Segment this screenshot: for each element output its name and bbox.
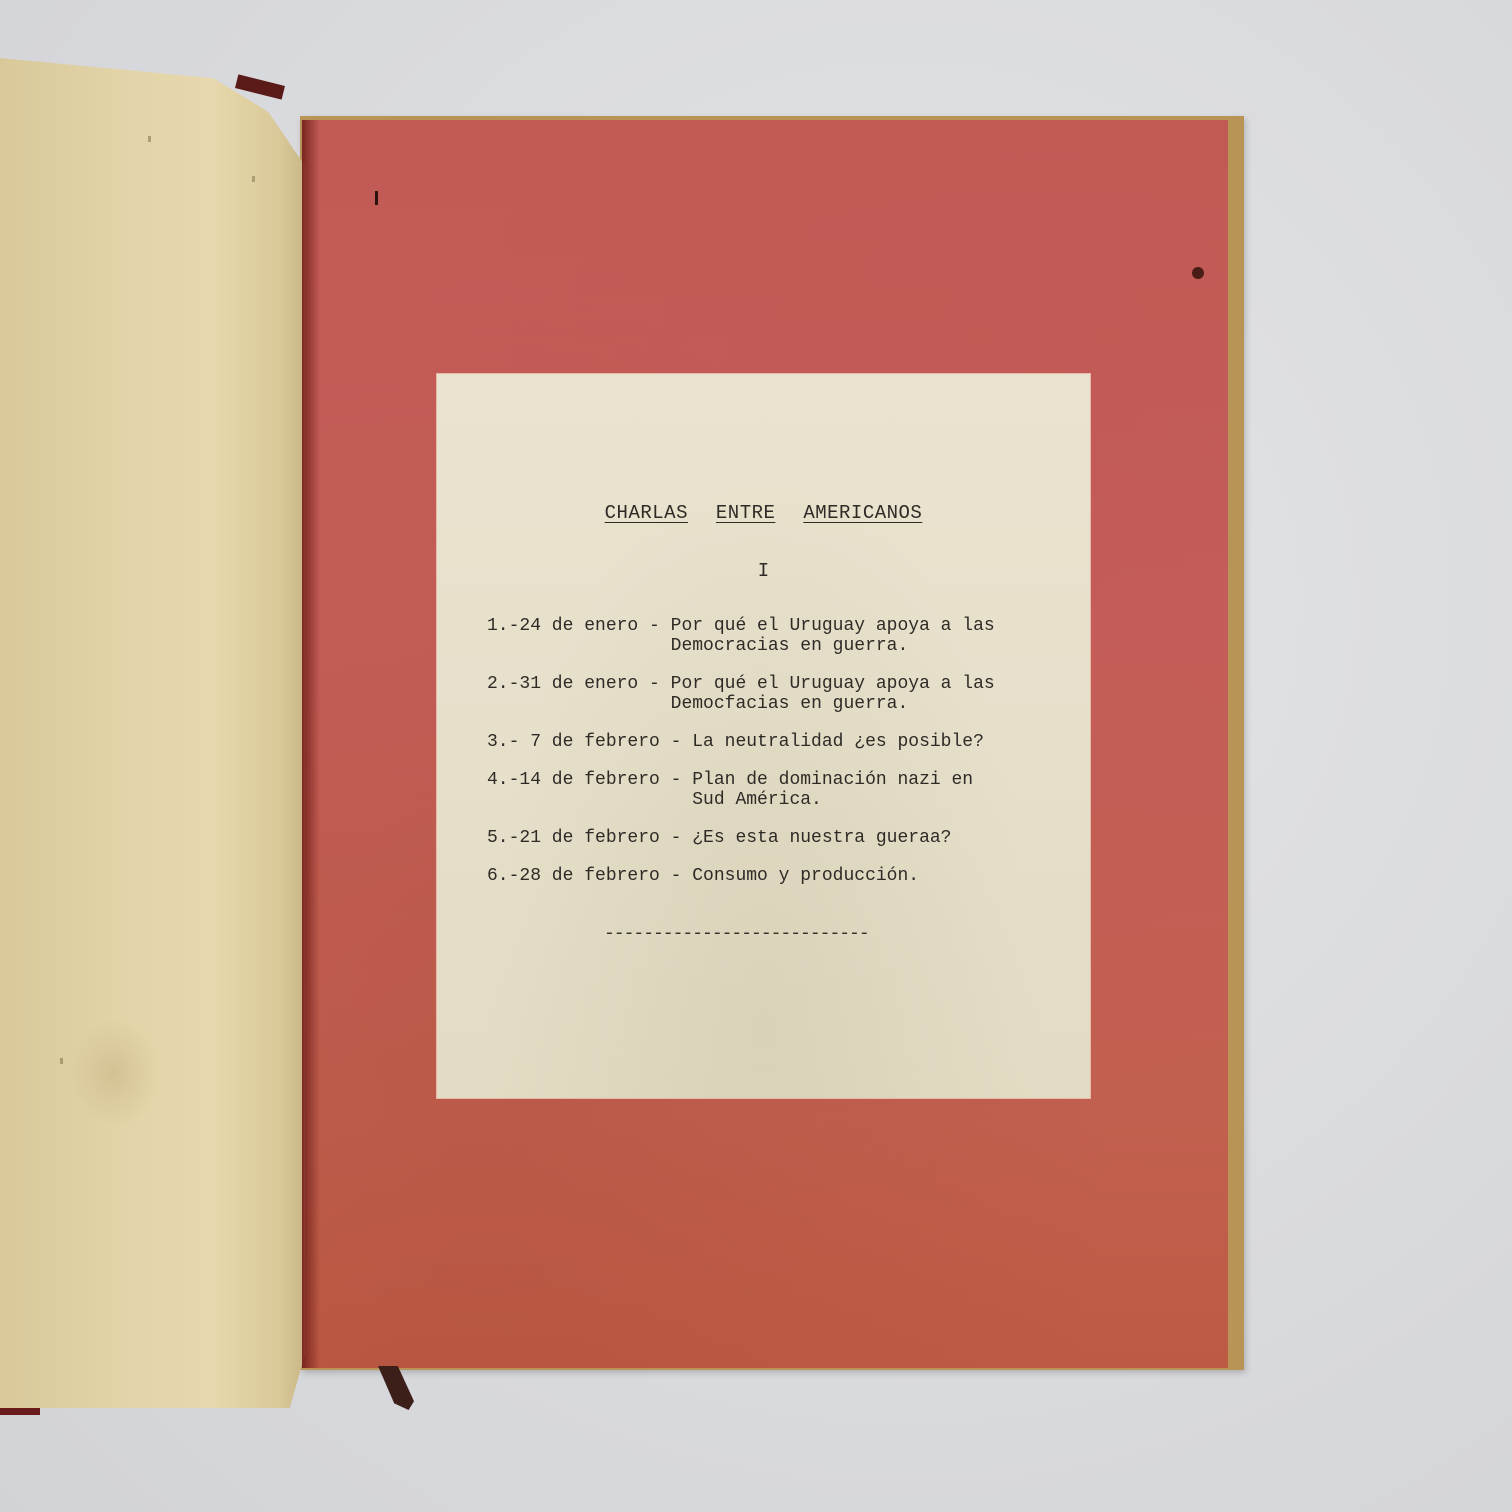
title-word: ENTRE bbox=[716, 502, 776, 524]
list-item: 2.-31 de enero - Por qué el Uruguay apoy… bbox=[487, 674, 1047, 714]
page-hole bbox=[1192, 267, 1204, 279]
entry-date: 2.-31 de enero - bbox=[487, 674, 671, 694]
speck bbox=[252, 176, 255, 182]
left-flyleaf-page bbox=[0, 58, 305, 1408]
title-word: AMERICANOS bbox=[803, 502, 922, 524]
entry-topic-cont: Democracias en guerra. bbox=[671, 636, 909, 656]
entry-topic-cont: Democfacias en guerra. bbox=[671, 694, 909, 714]
list-item: 3.- 7 de febrero - La neutralidad ¿es po… bbox=[487, 732, 1047, 752]
list-item: 4.-14 de febrero - Plan de dominación na… bbox=[487, 770, 1047, 810]
list-item: 6.-28 de febrero - Consumo y producción. bbox=[487, 866, 1047, 886]
speck bbox=[148, 136, 151, 142]
entry-topic: Consumo y producción. bbox=[692, 866, 919, 886]
list-item: 1.-24 de enero - Por qué el Uruguay apoy… bbox=[487, 616, 1047, 656]
entry-topic: Por qué el Uruguay apoya a las bbox=[671, 616, 995, 636]
speck bbox=[60, 1058, 63, 1064]
typed-contents-slip: CHARLAS ENTRE AMERICANOS I 1.-24 de ener… bbox=[437, 374, 1090, 1098]
spine-gutter bbox=[302, 120, 320, 1368]
closing-rule: --------------------------- bbox=[604, 924, 869, 944]
entry-date: 5.-21 de febrero - bbox=[487, 828, 692, 848]
title-word: CHARLAS bbox=[605, 502, 688, 524]
page-stain bbox=[70, 1018, 160, 1128]
list-item: 5.-21 de febrero - ¿Es esta nuestra guer… bbox=[487, 828, 1047, 848]
ink-mark bbox=[375, 191, 378, 205]
entry-date: 1.-24 de enero - bbox=[487, 616, 671, 636]
entry-topic-cont: Sud América. bbox=[692, 790, 822, 810]
entry-date: 4.-14 de febrero - bbox=[487, 770, 692, 790]
entry-topic: Por qué el Uruguay apoya a las bbox=[671, 674, 995, 694]
entry-date: 6.-28 de febrero - bbox=[487, 866, 692, 886]
entry-topic: La neutralidad ¿es posible? bbox=[692, 732, 984, 752]
document-title: CHARLAS ENTRE AMERICANOS bbox=[437, 502, 1090, 524]
entry-date: 3.- 7 de febrero - bbox=[487, 732, 692, 752]
entry-topic: ¿Es esta nuestra gueraa? bbox=[692, 828, 951, 848]
volume-numeral: I bbox=[437, 560, 1090, 582]
entry-topic: Plan de dominación nazi en bbox=[692, 770, 973, 790]
